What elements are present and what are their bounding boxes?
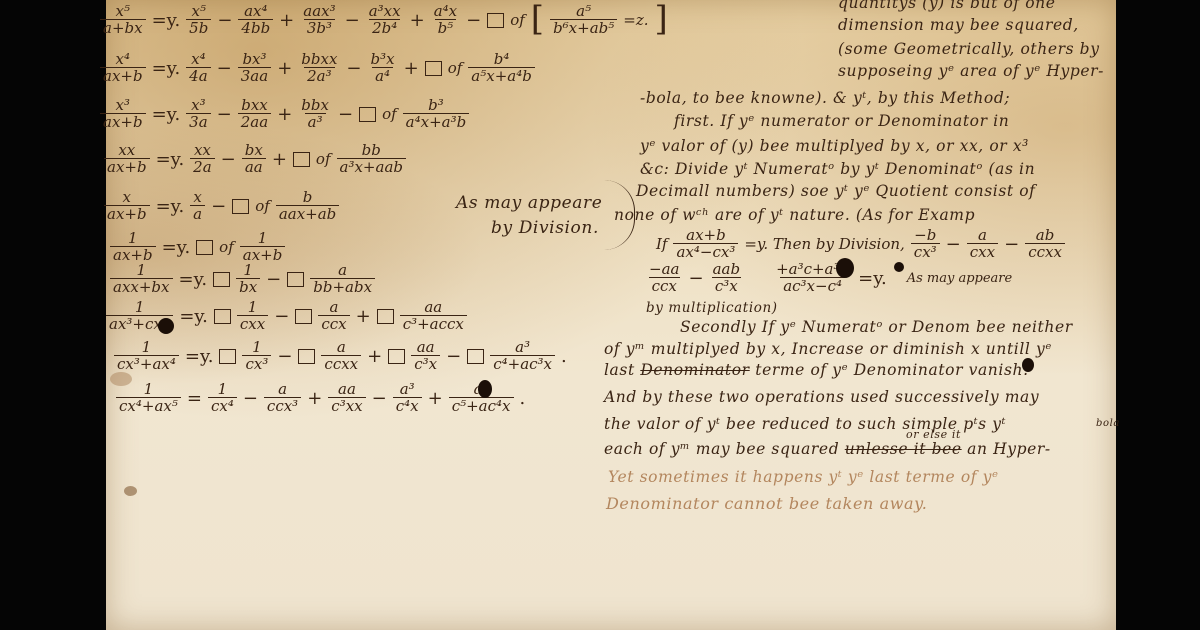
term-fraction: accx bbox=[318, 300, 349, 332]
prose-line-8: Decimall numbers) soe yᵗ yᵉ Quotient con… bbox=[636, 182, 1036, 200]
left-bracket: [ bbox=[531, 6, 544, 33]
equation-row-6: 1ax+b =y. of 1ax+b bbox=[110, 231, 285, 263]
prose-secondly-2: last Denominator terme of yᵉ Denominator… bbox=[604, 361, 1029, 379]
side-note-line-1: As may appeare bbox=[456, 193, 602, 213]
stain-mark bbox=[124, 486, 137, 496]
ink-blot bbox=[1022, 358, 1034, 372]
prose-secondly-1: of yᵐ multiplyed by x, Increase or dimin… bbox=[604, 340, 1052, 358]
term-fraction: b³xa⁴ bbox=[368, 52, 398, 84]
term-fraction: aax³3b³ bbox=[300, 4, 338, 36]
lhs-fraction: 1ax+b bbox=[110, 231, 156, 263]
lhs-fraction: xxax+b bbox=[104, 143, 150, 175]
square-symbol-icon bbox=[214, 309, 231, 324]
term-fraction: 1ax+b bbox=[240, 231, 286, 263]
equation-row-7: 1axx+bx =y. 1bx − abb+abx bbox=[110, 263, 375, 295]
square-symbol-icon bbox=[388, 349, 405, 364]
prose-line-9: none of wᶜʰ are of yᵗ nature. (As for Ex… bbox=[614, 206, 975, 224]
equation-row-1: x⁵a+bx =y. x⁵5b − ax⁴4bb + aax³3b³ − a³x… bbox=[100, 4, 668, 36]
square-symbol-icon bbox=[219, 349, 236, 364]
term-fraction: aac³+accx bbox=[400, 300, 467, 332]
example-equation-2: −aaccx − aabc³x +a³c+a³bac³x−c⁴ =y. As m… bbox=[646, 262, 1012, 294]
term-fraction: aabc³x bbox=[710, 262, 744, 294]
term-fraction: −bcx³ bbox=[911, 228, 940, 260]
term-fraction: xa bbox=[190, 190, 205, 222]
lhs-fraction: x⁵a+bx bbox=[100, 4, 146, 36]
faded-line-1: Denominator cannot bee taken away. bbox=[606, 494, 927, 513]
square-symbol-icon bbox=[196, 240, 213, 255]
equation-row-4: xxax+b =y. xx2a − bxaa + of bba³x+aab bbox=[104, 143, 406, 175]
struck-phrase: unlesse it bee bbox=[845, 440, 962, 458]
term-fraction: x³3a bbox=[186, 98, 211, 130]
term-fraction: bbxa³ bbox=[298, 98, 332, 130]
square-symbol-icon bbox=[295, 309, 312, 324]
right-bracket: ] bbox=[655, 6, 668, 33]
prose-line-0: quantitys (y) is but of one bbox=[838, 0, 1056, 12]
term-fraction: ax⁴4bb bbox=[238, 4, 273, 36]
ink-blot bbox=[836, 258, 854, 278]
prose-by-multiplication: by multiplication) bbox=[646, 300, 778, 316]
minus-sign: − bbox=[1004, 234, 1019, 255]
term-fraction: bxx2aa bbox=[238, 98, 271, 130]
term-fraction: bx³3aa bbox=[238, 52, 271, 84]
prose-and-0: And by these two operations used success… bbox=[604, 388, 1039, 406]
lhs-fraction: xax+b bbox=[104, 190, 150, 222]
square-symbol-icon bbox=[487, 13, 504, 28]
term-fraction: 1cx⁴ bbox=[208, 382, 237, 414]
square-symbol-icon bbox=[425, 61, 442, 76]
equation-row-9: 1cx³+ax⁴ =y. 1cx³ − accxx + aac³x − a³c⁴… bbox=[114, 340, 567, 372]
equation-row-3: x³ax+b =y. x³3a − bxx2aa + bbxa³ − of b³… bbox=[100, 98, 469, 130]
square-symbol-icon bbox=[287, 272, 304, 287]
prose-line-6: yᵉ valor of (y) bee multiplyed by x, or … bbox=[640, 137, 1029, 155]
term-fraction: x⁴4a bbox=[186, 52, 211, 84]
term-fraction: bbxx2a³ bbox=[298, 52, 340, 84]
term-fraction: acxx bbox=[967, 228, 998, 260]
term-fraction: xx2a bbox=[190, 143, 215, 175]
term-fraction: aac³xx bbox=[328, 382, 365, 414]
term-fraction: accxx bbox=[321, 340, 361, 372]
lhs-fraction: 1cx³+ax⁴ bbox=[114, 340, 179, 372]
term-fraction: a³c⁴x bbox=[393, 382, 422, 414]
term-fraction: a³c⁴+ac³x bbox=[490, 340, 555, 372]
prose-line-2: (some Geometrically, others by bbox=[838, 40, 1100, 58]
term-fraction: baax+ab bbox=[276, 190, 339, 222]
faded-line-0: Yet sometimes it happens yᵗ yᵉ last term… bbox=[608, 468, 999, 486]
term-fraction: b³a⁴x+a³b bbox=[403, 98, 470, 130]
square-symbol-icon bbox=[293, 152, 310, 167]
square-symbol-icon bbox=[377, 309, 394, 324]
manuscript-page: x⁵a+bx =y. x⁵5b − ax⁴4bb + aax³3b³ − a³x… bbox=[106, 0, 1116, 630]
ink-blot bbox=[478, 380, 492, 398]
term-fraction: −aaccx bbox=[646, 262, 682, 294]
ink-blot bbox=[158, 318, 174, 334]
example-equation-1: If ax+bax⁴−cx³ =y. Then by Division, −bc… bbox=[656, 228, 1065, 260]
prose-secondly-0: Secondly If yᵉ Numeratᵒ or Denom bee nei… bbox=[680, 318, 1073, 336]
term-fraction: a⁵b⁶x+ab⁵ bbox=[550, 4, 617, 36]
lhs-fraction: x³ax+b bbox=[100, 98, 146, 130]
prose-and-2: each of yᵐ may bee squared unlesse it be… bbox=[604, 440, 1051, 458]
prose-line-5: first. If yᵉ numerator or Denominator in bbox=[674, 112, 1009, 130]
margin-insert: bola bbox=[1096, 418, 1120, 429]
stain-mark bbox=[110, 372, 132, 386]
square-symbol-icon bbox=[467, 349, 484, 364]
square-symbol-icon bbox=[359, 107, 376, 122]
term-fraction: ax+bax⁴−cx³ bbox=[673, 228, 738, 260]
term-fraction: 1bx bbox=[236, 263, 260, 295]
term-fraction: accx³ bbox=[264, 382, 301, 414]
term-fraction: b⁴a⁵x+a⁴b bbox=[468, 52, 535, 84]
prose-line-3: supposeing yᵉ area of yᵉ Hyper- bbox=[838, 62, 1104, 80]
prose-line-7: &c: Divide yᵗ Numeratᵒ by yᵗ Denominatᵒ … bbox=[640, 160, 1035, 178]
lhs-fraction: 1cx⁴+ax⁵ bbox=[116, 382, 181, 414]
term-fraction: a³xx2b⁴ bbox=[366, 4, 404, 36]
prose-line-4: -bola, to bee knowne). & yᵗ, by this Met… bbox=[640, 89, 1010, 107]
square-symbol-icon bbox=[298, 349, 315, 364]
term-fraction: abccxx bbox=[1025, 228, 1065, 260]
term-fraction: aac³x bbox=[411, 340, 440, 372]
minus-sign: − bbox=[946, 234, 961, 255]
side-note-line-2: by Division. bbox=[491, 218, 599, 238]
term-fraction: bba³x+aab bbox=[337, 143, 406, 175]
term-fraction: 1cxx bbox=[237, 300, 268, 332]
struck-word: Denominator bbox=[640, 361, 749, 379]
lhs-fraction: 1axx+bx bbox=[110, 263, 173, 295]
prose-line-1: dimension may bee squared, bbox=[838, 16, 1079, 34]
term-fraction: x⁵5b bbox=[186, 4, 211, 36]
minus-sign: − bbox=[688, 268, 703, 289]
equation-row-2: x⁴ax+b =y. x⁴4a − bx³3aa + bbxx2a³ − b³x… bbox=[100, 52, 535, 84]
square-symbol-icon bbox=[232, 199, 249, 214]
term-fraction: a⁴xb⁵ bbox=[431, 4, 460, 36]
term-fraction: abb+abx bbox=[310, 263, 375, 295]
ink-blot bbox=[894, 262, 904, 272]
lhs-fraction: x⁴ax+b bbox=[100, 52, 146, 84]
square-symbol-icon bbox=[213, 272, 230, 287]
equation-row-10: 1cx⁴+ax⁵ = 1cx⁴ − accx³ + aac³xx − a³c⁴x… bbox=[116, 382, 525, 414]
term-fraction: 1cx³ bbox=[242, 340, 271, 372]
equation-row-5: xax+b =y. xa − of baax+ab bbox=[104, 190, 339, 222]
term-fraction: bxaa bbox=[242, 143, 266, 175]
